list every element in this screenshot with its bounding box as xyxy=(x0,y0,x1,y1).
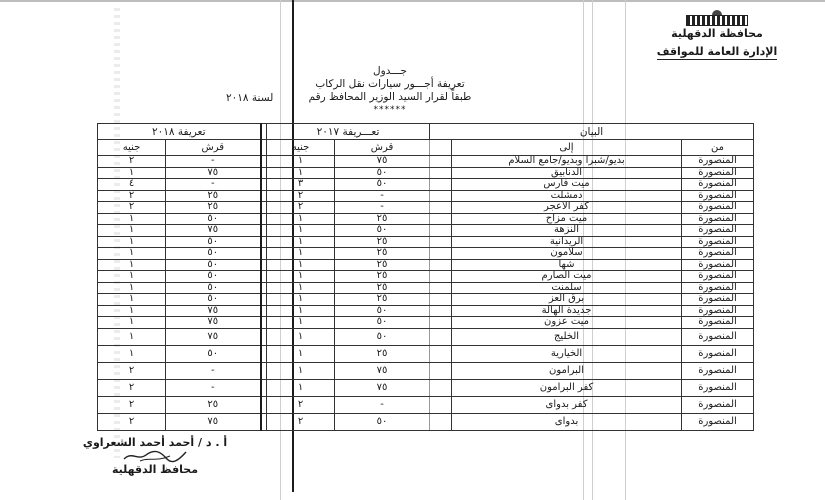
cell-separator xyxy=(261,413,267,430)
cell-pound-2017: ١ xyxy=(267,271,335,283)
cell-gap xyxy=(430,202,452,214)
cell-from: المنصورة xyxy=(682,362,754,379)
cell-to: بدواى xyxy=(452,413,682,430)
cell-to: ميت فارس xyxy=(452,179,682,191)
cell-piaster-2018: ٧٥ xyxy=(166,225,261,237)
cell-piaster-2018: ٥٠ xyxy=(166,248,261,260)
cell-separator xyxy=(261,396,267,413)
cell-to: البرامون xyxy=(452,362,682,379)
cell-piaster-2017: ٢٥ xyxy=(335,259,430,271)
cell-from: المنصورة xyxy=(682,190,754,202)
header-pound-2018: جنيه xyxy=(98,140,166,156)
cell-piaster-2017: - xyxy=(335,202,430,214)
cell-from: المنصورة xyxy=(682,345,754,362)
cell-separator xyxy=(261,328,267,345)
cell-from: المنصورة xyxy=(682,305,754,317)
cell-gap xyxy=(430,396,452,413)
scanned-document-page: محافظة الدقهلية الإدارة العامة للمواقف ج… xyxy=(0,0,825,500)
table-row: المنصورةبدواى٥٠٢٧٥٢ xyxy=(98,413,754,430)
cell-piaster-2018: ٧٥ xyxy=(166,305,261,317)
cell-to: كفر الأعجر xyxy=(452,202,682,214)
letterhead: محافظة الدقهلية الإدارة العامة للمواقف xyxy=(617,10,817,60)
cell-piaster-2018: ٧٥ xyxy=(166,317,261,329)
fare-table-body: المنصورةبديو/شبرا وبديو/جامع السلام٧٥١-٢… xyxy=(98,156,754,431)
cell-pound-2017: ١ xyxy=(267,305,335,317)
header-pound-2017: جنيه xyxy=(267,140,335,156)
cell-pound-2017: ١ xyxy=(267,362,335,379)
cell-piaster-2018: - xyxy=(166,362,261,379)
cell-gap xyxy=(430,305,452,317)
table-row: المنصورةميت الصارم٢٥١٥٠١ xyxy=(98,271,754,283)
table-row: المنصورةسلمنت٢٥١٥٠١ xyxy=(98,282,754,294)
cell-pound-2017: ١ xyxy=(267,225,335,237)
cell-pound-2018: ٢ xyxy=(98,379,166,396)
cell-gap xyxy=(430,294,452,306)
heading-separator: ****** xyxy=(240,104,540,117)
cell-pound-2017: ١ xyxy=(267,259,335,271)
cell-separator xyxy=(261,179,267,191)
cell-to: النزهة xyxy=(452,225,682,237)
cell-to: جديدة الهالة xyxy=(452,305,682,317)
cell-to: شها xyxy=(452,259,682,271)
cell-piaster-2018: ٥٠ xyxy=(166,213,261,225)
cell-to: كفر البرامون xyxy=(452,379,682,396)
cell-gap xyxy=(430,190,452,202)
cell-separator xyxy=(261,156,267,168)
cell-piaster-2017: ٥٠ xyxy=(335,179,430,191)
cell-pound-2018: ١ xyxy=(98,236,166,248)
header-piaster-2017: قرش xyxy=(335,140,430,156)
heading-subtitle: تعريفة أجـــور سيارات نقل الركاب xyxy=(240,78,540,91)
cell-gap xyxy=(430,271,452,283)
cell-piaster-2017: ٢٥ xyxy=(335,213,430,225)
cell-pound-2018: ١ xyxy=(98,167,166,179)
cell-piaster-2018: - xyxy=(166,179,261,191)
cell-piaster-2017: ٧٥ xyxy=(335,156,430,168)
cell-gap xyxy=(430,248,452,260)
cell-separator xyxy=(261,305,267,317)
cell-separator xyxy=(261,362,267,379)
cell-separator xyxy=(261,379,267,396)
cell-pound-2018: ١ xyxy=(98,259,166,271)
cell-gap xyxy=(430,179,452,191)
cell-pound-2017: ٢ xyxy=(267,202,335,214)
table-row: المنصورةشها٢٥١٥٠١ xyxy=(98,259,754,271)
cell-piaster-2018: ٧٥ xyxy=(166,167,261,179)
cell-pound-2018: ١ xyxy=(98,213,166,225)
cell-from: المنصورة xyxy=(682,396,754,413)
cell-pound-2017: ١ xyxy=(267,167,335,179)
cell-pound-2018: ١ xyxy=(98,328,166,345)
cell-separator xyxy=(261,282,267,294)
cell-to: الخيارية xyxy=(452,345,682,362)
column-separator xyxy=(261,124,267,140)
cell-piaster-2017: ٧٥ xyxy=(335,362,430,379)
cell-piaster-2017: ٢٥ xyxy=(335,236,430,248)
table-row: المنصورةالخليج٥٠١٧٥١ xyxy=(98,328,754,345)
cell-piaster-2017: ٥٠ xyxy=(335,317,430,329)
cell-pound-2018: ٢ xyxy=(98,413,166,430)
cell-separator xyxy=(261,190,267,202)
cell-piaster-2017: ٢٥ xyxy=(335,294,430,306)
cell-piaster-2018: - xyxy=(166,379,261,396)
cell-piaster-2017: ٢٥ xyxy=(335,248,430,260)
cell-separator xyxy=(261,345,267,362)
cell-pound-2018: ١ xyxy=(98,305,166,317)
cell-pound-2017: ٢ xyxy=(267,413,335,430)
cell-pound-2017: ١ xyxy=(267,294,335,306)
cell-to: بديو/شبرا وبديو/جامع السلام xyxy=(452,156,682,168)
table-row: المنصورةسلامون٢٥١٥٠١ xyxy=(98,248,754,260)
cell-gap xyxy=(430,379,452,396)
cell-from: المنصورة xyxy=(682,225,754,237)
header-tariff-2017: تعـــريفة ٢٠١٧ xyxy=(267,124,430,140)
cell-from: المنصورة xyxy=(682,379,754,396)
cell-from: المنصورة xyxy=(682,259,754,271)
cell-piaster-2018: ٥٠ xyxy=(166,236,261,248)
heading-title: جـــدول xyxy=(240,65,540,78)
header-tariff-2018: تعريفة ٢٠١٨ xyxy=(98,124,261,140)
cell-pound-2018: ١ xyxy=(98,225,166,237)
cell-piaster-2017: - xyxy=(335,190,430,202)
cell-piaster-2017: ٥٠ xyxy=(335,328,430,345)
cell-pound-2017: ١ xyxy=(267,248,335,260)
cell-separator xyxy=(261,167,267,179)
cell-pound-2018: ١ xyxy=(98,345,166,362)
cell-from: المنصورة xyxy=(682,213,754,225)
scan-top-edge xyxy=(0,0,825,2)
handwritten-signature-icon xyxy=(120,449,190,463)
cell-separator xyxy=(261,236,267,248)
cell-separator xyxy=(261,248,267,260)
heading-year: لسنة ٢٠١٨ xyxy=(226,92,273,104)
cell-from: المنصورة xyxy=(682,294,754,306)
cell-gap xyxy=(430,328,452,345)
cell-piaster-2017: ٥٠ xyxy=(335,413,430,430)
table-row: المنصورةالبرامون٧٥١-٢ xyxy=(98,362,754,379)
cell-piaster-2017: ٢٥ xyxy=(335,282,430,294)
cell-pound-2017: ١ xyxy=(267,282,335,294)
cell-from: المنصورة xyxy=(682,413,754,430)
cell-pound-2018: ١ xyxy=(98,317,166,329)
header-to: إلى xyxy=(452,140,682,156)
cell-from: المنصورة xyxy=(682,236,754,248)
cell-gap xyxy=(430,282,452,294)
fare-table: البيان تعـــريفة ٢٠١٧ تعريفة ٢٠١٨ من إلى… xyxy=(97,123,754,431)
cell-from: المنصورة xyxy=(682,248,754,260)
cell-piaster-2018: ٥٠ xyxy=(166,294,261,306)
cell-gap xyxy=(430,167,452,179)
cell-gap xyxy=(430,413,452,430)
table-row: المنصورةالخيارية٢٥١٥٠١ xyxy=(98,345,754,362)
cell-pound-2017: ١ xyxy=(267,328,335,345)
cell-to: الدنابيق xyxy=(452,167,682,179)
cell-pound-2018: ١ xyxy=(98,271,166,283)
cell-pound-2017: ٢ xyxy=(267,396,335,413)
cell-gap xyxy=(430,156,452,168)
cell-piaster-2018: ٥٠ xyxy=(166,282,261,294)
signatory-office: محافظ الدقهلية xyxy=(55,463,255,476)
cell-gap xyxy=(430,362,452,379)
table-row: المنصورةالدنابيق٥٠١٧٥١ xyxy=(98,167,754,179)
cell-pound-2018: ٢ xyxy=(98,202,166,214)
cell-pound-2018: ١ xyxy=(98,294,166,306)
table-row: المنصورةبرق العز٢٥١٥٠١ xyxy=(98,294,754,306)
table-row: المنصورةبديو/شبرا وبديو/جامع السلام٧٥١-٢ xyxy=(98,156,754,168)
table-row: المنصورةميت مزاح٢٥١٥٠١ xyxy=(98,213,754,225)
heading-reference: طبقاً لقرار السيد الوزير المحافظ رقم xyxy=(240,91,540,104)
header-statement: البيان xyxy=(430,124,754,140)
cell-separator xyxy=(261,202,267,214)
cell-from: المنصورة xyxy=(682,156,754,168)
cell-to: سلامون xyxy=(452,248,682,260)
cell-pound-2017: ١ xyxy=(267,345,335,362)
cell-pound-2017: ١ xyxy=(267,317,335,329)
column-separator xyxy=(261,140,267,156)
cell-piaster-2017: ٧٥ xyxy=(335,379,430,396)
cell-gap xyxy=(430,236,452,248)
cell-separator xyxy=(261,213,267,225)
table-row: المنصورةميت فارس٥٠٣-٤ xyxy=(98,179,754,191)
cell-to: سلمنت xyxy=(452,282,682,294)
cell-piaster-2017: ٥٠ xyxy=(335,167,430,179)
table-row: المنصورةجديدة الهالة٥٠١٧٥١ xyxy=(98,305,754,317)
document-heading: جـــدول تعريفة أجـــور سيارات نقل الركاب… xyxy=(240,65,540,117)
cell-from: المنصورة xyxy=(682,271,754,283)
cell-gap xyxy=(430,259,452,271)
cell-pound-2017: ١ xyxy=(267,213,335,225)
table-row: المنصورةكفر البرامون٧٥١-٢ xyxy=(98,379,754,396)
letterhead-department: الإدارة العامة للمواقف xyxy=(657,45,778,60)
letterhead-governorate: محافظة الدقهلية xyxy=(617,27,817,40)
cell-pound-2017: ١ xyxy=(267,379,335,396)
cell-from: المنصورة xyxy=(682,317,754,329)
cell-gap xyxy=(430,317,452,329)
cell-pound-2017: ١ xyxy=(267,156,335,168)
table-row: المنصورةالنزهة٥٠١٧٥١ xyxy=(98,225,754,237)
cell-pound-2018: ٢ xyxy=(98,362,166,379)
cell-gap xyxy=(430,213,452,225)
table-row: المنصورةكفر الأعجر-٢٢٥٢ xyxy=(98,202,754,214)
cell-to: كفر بدواى xyxy=(452,396,682,413)
cell-piaster-2018: ٢٥ xyxy=(166,396,261,413)
header-piaster-2018: قرش xyxy=(166,140,261,156)
cell-piaster-2017: ٥٠ xyxy=(335,225,430,237)
cell-piaster-2017: ٥٠ xyxy=(335,305,430,317)
cell-from: المنصورة xyxy=(682,282,754,294)
signature-block: أ . د / أحمد أحمد الشعراوي محافظ الدقهلي… xyxy=(55,436,255,476)
header-from: من xyxy=(682,140,754,156)
cell-separator xyxy=(261,271,267,283)
cell-piaster-2018: ٥٠ xyxy=(166,259,261,271)
cell-to: الريدانية xyxy=(452,236,682,248)
cell-piaster-2018: ٥٠ xyxy=(166,345,261,362)
header-gap xyxy=(430,140,452,156)
cell-to: ميت الصارم xyxy=(452,271,682,283)
cell-gap xyxy=(430,345,452,362)
cell-pound-2018: ٢ xyxy=(98,190,166,202)
cell-piaster-2017: ٢٥ xyxy=(335,271,430,283)
cell-pound-2018: ١ xyxy=(98,248,166,260)
cell-piaster-2018: - xyxy=(166,156,261,168)
signatory-name: أ . د / أحمد أحمد الشعراوي xyxy=(55,436,255,449)
table-row: المنصورةالريدانية٢٥١٥٠١ xyxy=(98,236,754,248)
cell-separator xyxy=(261,294,267,306)
cell-pound-2018: ٤ xyxy=(98,179,166,191)
cell-piaster-2018: ٥٠ xyxy=(166,271,261,283)
cell-from: المنصورة xyxy=(682,328,754,345)
cell-separator xyxy=(261,259,267,271)
cell-to: دمشلت xyxy=(452,190,682,202)
cell-piaster-2018: ٢٥ xyxy=(166,190,261,202)
governorate-logo-icon xyxy=(686,10,748,26)
cell-from: المنصورة xyxy=(682,167,754,179)
cell-piaster-2018: ٧٥ xyxy=(166,328,261,345)
cell-pound-2018: ٢ xyxy=(98,396,166,413)
table-row: المنصورةكفر بدواى-٢٢٥٢ xyxy=(98,396,754,413)
cell-to: برق العز xyxy=(452,294,682,306)
cell-pound-2017: ٢ xyxy=(267,190,335,202)
cell-separator xyxy=(261,317,267,329)
cell-to: ميت عزون xyxy=(452,317,682,329)
cell-pound-2018: ١ xyxy=(98,282,166,294)
cell-pound-2017: ١ xyxy=(267,236,335,248)
cell-to: ميت مزاح xyxy=(452,213,682,225)
cell-piaster-2017: ٢٥ xyxy=(335,345,430,362)
table-row: المنصورةميت عزون٥٠١٧٥١ xyxy=(98,317,754,329)
table-row: المنصورةدمشلت-٢٢٥٢ xyxy=(98,190,754,202)
cell-to: الخليج xyxy=(452,328,682,345)
cell-from: المنصورة xyxy=(682,179,754,191)
cell-gap xyxy=(430,225,452,237)
cell-pound-2018: ٢ xyxy=(98,156,166,168)
cell-piaster-2017: - xyxy=(335,396,430,413)
cell-separator xyxy=(261,225,267,237)
cell-from: المنصورة xyxy=(682,202,754,214)
cell-piaster-2018: ٧٥ xyxy=(166,413,261,430)
cell-pound-2017: ٣ xyxy=(267,179,335,191)
cell-piaster-2018: ٢٥ xyxy=(166,202,261,214)
